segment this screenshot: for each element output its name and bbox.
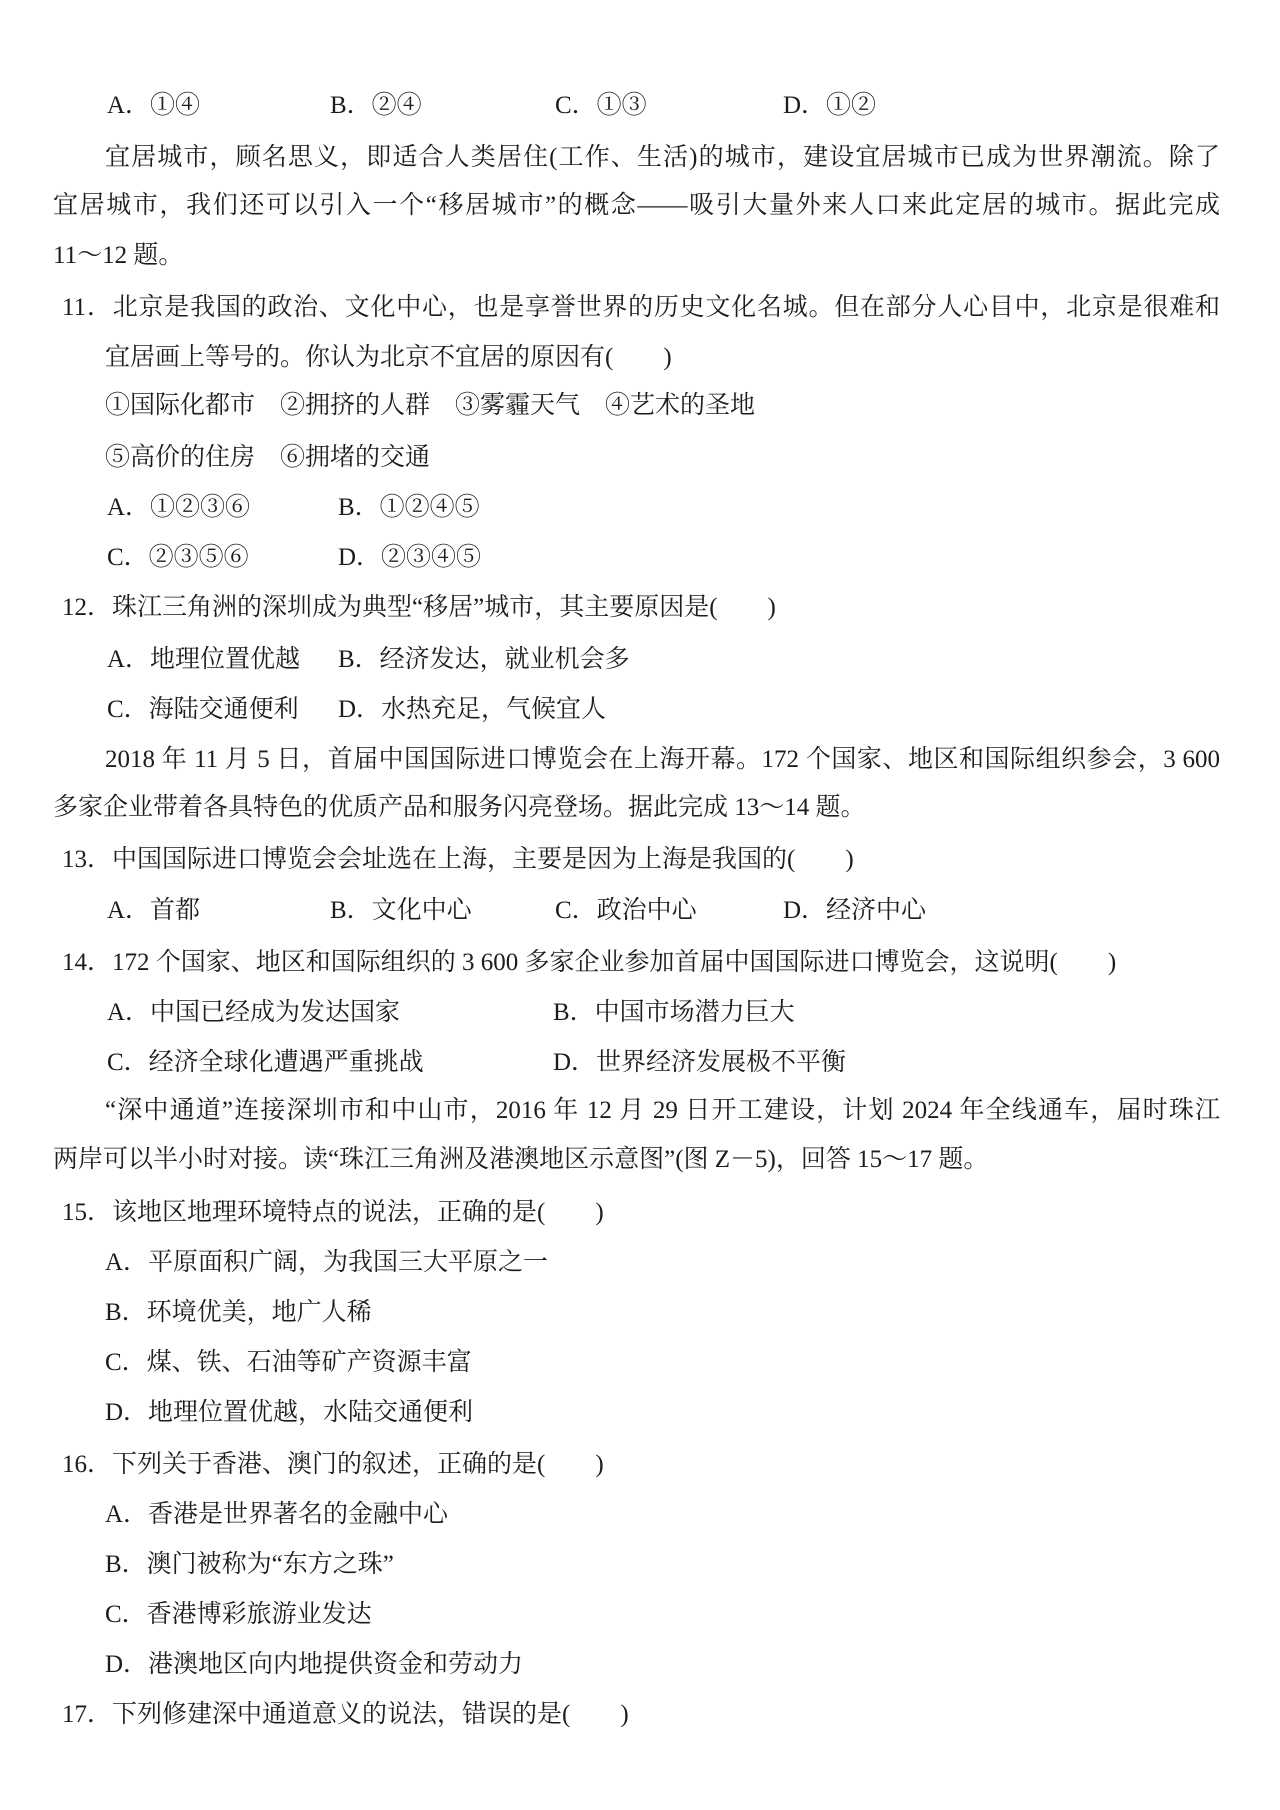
question-number: 14． — [62, 947, 112, 979]
option-d: D．经济中心 — [783, 895, 926, 927]
option-line: A．香港是世界著名的金融中心 — [53, 1499, 1220, 1535]
option-c: C．海陆交通便利 — [107, 694, 299, 726]
option-d: D．水热充足，气候宜人 — [338, 694, 606, 726]
option-c: C．①③ — [555, 90, 647, 122]
numbered-items-row: ①国际化都市 ②拥挤的人群 ③雾霾天气 ④艺术的圣地 — [53, 390, 1220, 426]
option-b: B．中国市场潜力巨大 — [553, 997, 795, 1029]
passage-line: 2018 年 11 月 5 日，首届中国国际进口博览会在上海开幕。172 个国家… — [53, 744, 1220, 780]
answer-options-row: C．②③⑤⑥ D．②③④⑤ — [53, 542, 1220, 578]
question-text: 172 个国家、地区和国际组织的 3 600 多家企业参加首届中国国际进口博览会… — [112, 949, 1116, 976]
option-line: D．港澳地区向内地提供资金和劳动力 — [53, 1649, 1220, 1685]
answer-options-row: A．地理位置优越 B．经济发达，就业机会多 — [53, 644, 1220, 680]
option-a: A．首都 — [107, 895, 200, 927]
passage-line: 多家企业带着各具特色的优质产品和服务闪亮登场。据此完成 13～14 题。 — [53, 792, 1220, 828]
answer-options-row: C．经济全球化遭遇严重挑战 D．世界经济发展极不平衡 — [53, 1047, 1220, 1083]
question-text: 北京是我国的政治、文化中心，也是享誉世界的历史文化名城。但在部分人心目中，北京是… — [112, 294, 1220, 321]
option-d: D．①② — [783, 90, 876, 122]
option-b: B．②④ — [330, 90, 422, 122]
option-line: D．地理位置优越，水陆交通便利 — [53, 1397, 1220, 1433]
option-b: B．①②④⑤ — [338, 492, 480, 524]
question-number: 11． — [62, 292, 112, 324]
question-number: 17． — [62, 1699, 112, 1731]
question-number: 16． — [62, 1449, 112, 1481]
passage-line: 两岸可以半小时对接。读“珠江三角洲及港澳地区示意图”(图 Z－5)，回答 15～… — [53, 1144, 1220, 1180]
option-c: C．经济全球化遭遇严重挑战 — [107, 1047, 424, 1079]
option-line: B．澳门被称为“东方之珠” — [53, 1549, 1220, 1585]
option-a: A．中国已经成为发达国家 — [107, 997, 400, 1029]
option-b: B．经济发达，就业机会多 — [338, 644, 630, 676]
numbered-items-row: ⑤高价的住房 ⑥拥堵的交通 — [53, 442, 1220, 478]
question-17-stem: 17．下列修建深中通道意义的说法，错误的是( ) — [53, 1699, 1220, 1735]
option-d: D．②③④⑤ — [338, 542, 481, 574]
answer-options-row: A．①②③⑥ B．①②④⑤ — [53, 492, 1220, 528]
passage-line: 宜居城市，我们还可以引入一个“移居城市”的概念——吸引大量外来人口来此定居的城市… — [53, 190, 1220, 226]
question-16-stem: 16．下列关于香港、澳门的叙述，正确的是( ) — [53, 1449, 1220, 1485]
answer-options-row: A．中国已经成为发达国家 B．中国市场潜力巨大 — [53, 997, 1220, 1033]
option-line: C．煤、铁、石油等矿产资源丰富 — [53, 1347, 1220, 1383]
question-15-stem: 15．该地区地理环境特点的说法，正确的是( ) — [53, 1197, 1220, 1233]
question-text: 下列关于香港、澳门的叙述，正确的是( ) — [112, 1451, 604, 1478]
answer-options-row: C．海陆交通便利 D．水热充足，气候宜人 — [53, 694, 1220, 730]
option-a: A．地理位置优越 — [107, 644, 300, 676]
question-text: 下列修建深中通道意义的说法，错误的是( ) — [112, 1701, 629, 1728]
question-12-stem: 12．珠江三角洲的深圳成为典型“移居”城市，其主要原因是( ) — [53, 592, 1220, 628]
option-line: C．香港博彩旅游业发达 — [53, 1599, 1220, 1635]
passage-line: 宜居城市，顾名思义，即适合人类居住(工作、生活)的城市，建设宜居城市已成为世界潮… — [53, 142, 1220, 178]
question-text: 该地区地理环境特点的说法，正确的是( ) — [112, 1199, 604, 1226]
answer-options-row: A．①④ B．②④ C．①③ D．①② — [53, 90, 1220, 126]
question-14-stem: 14．172 个国家、地区和国际组织的 3 600 多家企业参加首届中国国际进口… — [53, 947, 1220, 983]
question-11-stem-cont: 宜居画上等号的。你认为北京不宜居的原因有( ) — [53, 342, 1220, 378]
answer-options-row: A．首都 B．文化中心 C．政治中心 D．经济中心 — [53, 895, 1220, 931]
option-c: C．②③⑤⑥ — [107, 542, 249, 574]
option-b: B．文化中心 — [330, 895, 472, 927]
question-text: 珠江三角洲的深圳成为典型“移居”城市，其主要原因是( ) — [112, 594, 776, 621]
question-text: 中国国际进口博览会会址选在上海，主要是因为上海是我国的( ) — [112, 846, 854, 873]
exam-document-page: A．①④ B．②④ C．①③ D．①② 宜居城市，顾名思义，即适合人类居住(工作… — [0, 0, 1280, 1810]
option-d: D．世界经济发展极不平衡 — [553, 1047, 846, 1079]
option-a: A．①②③⑥ — [107, 492, 250, 524]
question-number: 15． — [62, 1197, 112, 1229]
question-13-stem: 13．中国国际进口博览会会址选在上海，主要是因为上海是我国的( ) — [53, 844, 1220, 880]
option-line: A．平原面积广阔，为我国三大平原之一 — [53, 1247, 1220, 1283]
question-number: 12． — [62, 592, 112, 624]
passage-line: 11～12 题。 — [53, 240, 1220, 276]
option-a: A．①④ — [107, 90, 200, 122]
question-11-stem: 11．北京是我国的政治、文化中心，也是享誉世界的历史文化名城。但在部分人心目中，… — [53, 292, 1220, 328]
question-number: 13． — [62, 844, 112, 876]
option-c: C．政治中心 — [555, 895, 697, 927]
passage-line: “深中通道”连接深圳市和中山市，2016 年 12 月 29 日开工建设，计划 … — [53, 1095, 1220, 1131]
option-line: B．环境优美，地广人稀 — [53, 1297, 1220, 1333]
